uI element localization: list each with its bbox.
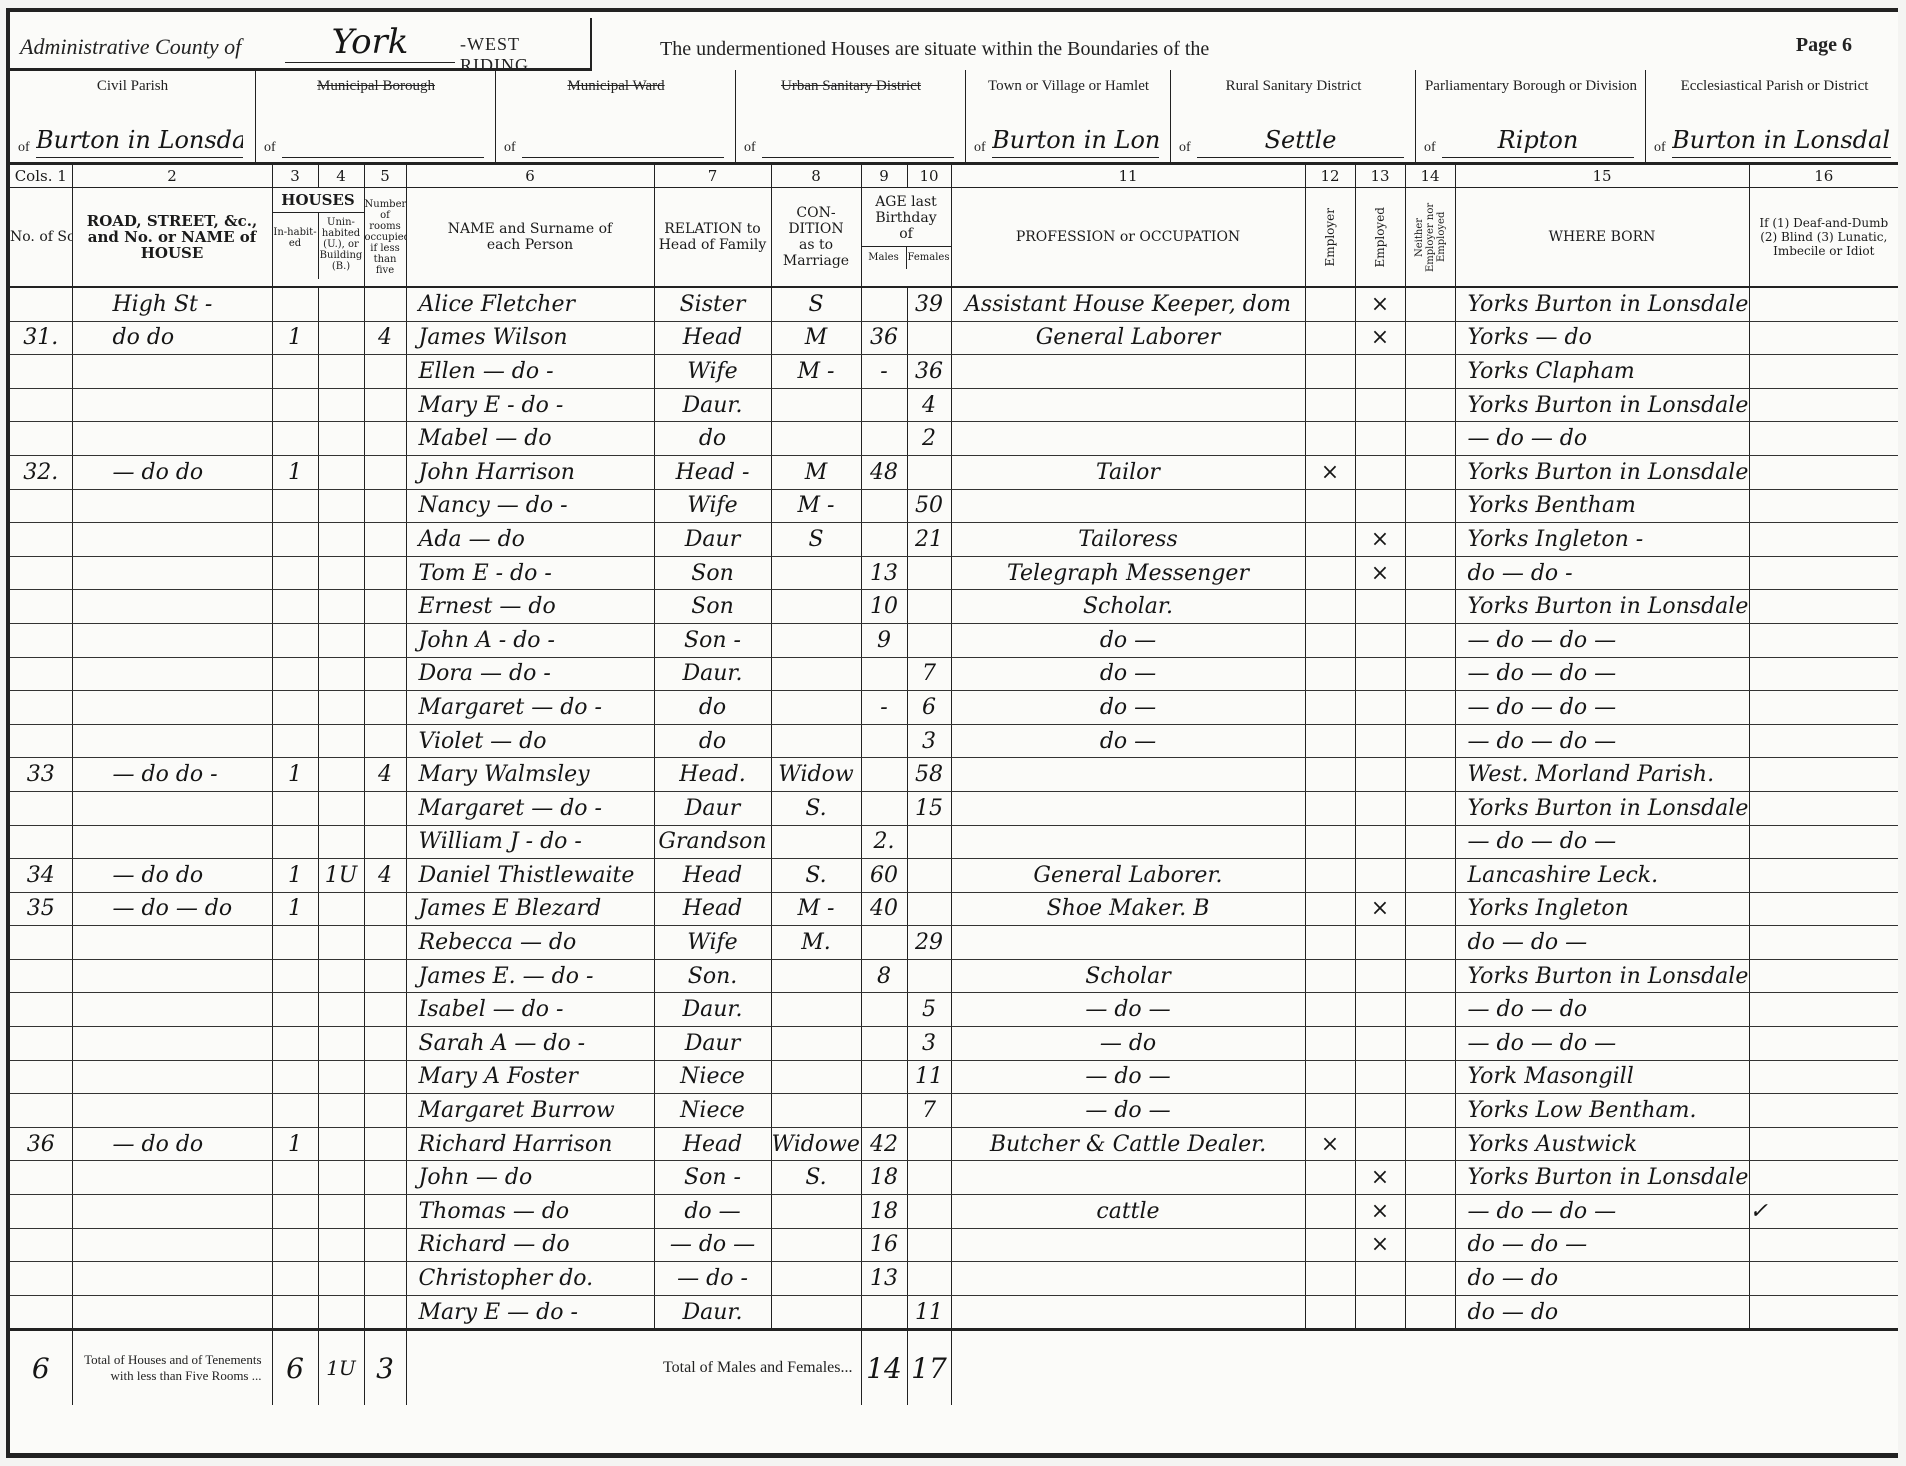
total-schedules: 6 [10,1330,72,1406]
occupation: General Laborer [951,321,1305,355]
column-number: 9 [861,165,907,188]
condition: S [771,523,861,557]
neither-mark [1405,1295,1455,1330]
inhabited [272,657,318,691]
uninhabited [318,455,364,489]
total-mf-label: Total of Males and Females... [406,1330,861,1406]
where-born: Yorks Low Bentham. [1455,1094,1749,1128]
schedule-number [10,287,72,321]
condition: S. [771,1161,861,1195]
where-born: York Masongill [1455,1060,1749,1094]
uninhabited [318,825,364,859]
uninhabited [318,691,364,725]
age-male: 16 [861,1228,907,1262]
rooms [364,489,406,523]
road-name [72,993,272,1027]
infirmity [1749,523,1898,557]
infirmity [1749,422,1898,456]
inhabited [272,926,318,960]
occupation: Telegraph Messenger [951,556,1305,590]
infirmity [1749,892,1898,926]
age-male [861,1060,907,1094]
condition [771,691,861,725]
area-label: Rural Sanitary District [1171,78,1416,95]
infirmity [1749,489,1898,523]
person-name: Margaret — do - [406,791,654,825]
area-label: Municipal Ward [496,78,736,95]
person-name: William J - do - [406,825,654,859]
road-name: — do do [72,455,272,489]
age-female [907,959,951,993]
where-born: — do — do — [1455,825,1749,859]
area-of-label: of [744,140,756,156]
uninhabited [318,1127,364,1161]
age-male: - [861,355,907,389]
employed-mark [1355,623,1405,657]
rooms [364,993,406,1027]
area-of-label: of [974,140,986,156]
uninhabited [318,791,364,825]
area-boundaries: Civil ParishofBurton in LonsdaleMunicipa… [10,70,1898,165]
condition [771,993,861,1027]
relation: Son [654,556,771,590]
person-name: Richard — do [406,1228,654,1262]
employer-mark [1305,1228,1355,1262]
table-row: 34— do do11U4Daniel ThistlewaiteHeadS.60… [10,859,1898,893]
person-name: Sarah A — do - [406,1027,654,1061]
occupation [951,791,1305,825]
employed-mark: × [1355,523,1405,557]
person-name: James E Blezard [406,892,654,926]
title-row: Administrative County of York -WEST RIDI… [10,18,1898,68]
employed-mark [1355,724,1405,758]
uninhabited [318,489,364,523]
rooms [364,1127,406,1161]
table-row: Dora — do -Daur.7do —— do — do — [10,657,1898,691]
employed-mark [1355,455,1405,489]
age-male [861,758,907,792]
area-municipal-borough: Municipal Boroughof [255,70,496,162]
neither-mark [1405,590,1455,624]
age-female: 6 [907,691,951,725]
column-number: 7 [654,165,771,188]
schedule-number [10,926,72,960]
rooms [364,1161,406,1195]
relation: Daur [654,523,771,557]
employer-mark [1305,355,1355,389]
employed-mark: × [1355,892,1405,926]
table-row: Rebecca — doWifeM.29do — do — [10,926,1898,960]
employer-mark [1305,1027,1355,1061]
infirmity [1749,556,1898,590]
admin-county-box: Administrative County of York -WEST RIDI… [10,18,592,71]
uninhabited [318,321,364,355]
age-male [861,287,907,321]
neither-mark [1405,1228,1455,1262]
column-number: 2 [72,165,272,188]
census-rows: High St -Alice FletcherSisterS39Assistan… [10,287,1898,1330]
uninhabited [318,959,364,993]
age-male: 40 [861,892,907,926]
table-row: Margaret — do -do-6do —— do — do — [10,691,1898,725]
where-born: do — do — [1455,1228,1749,1262]
age-female: 50 [907,489,951,523]
area-of-label: of [18,140,30,156]
header-rooms: Number of rooms occupied if less than fi… [364,188,406,288]
schedule-number [10,1295,72,1330]
inhabited: 1 [272,321,318,355]
relation: Niece [654,1094,771,1128]
age-male: 2. [861,825,907,859]
header-inhabited: In-habit-ed [273,213,318,279]
relation: Wife [654,355,771,389]
age-female: 15 [907,791,951,825]
person-name: Mary Walmsley [406,758,654,792]
table-row: Mary A FosterNiece11— do —York Masongill [10,1060,1898,1094]
person-name: John A - do - [406,623,654,657]
column-number: 12 [1305,165,1355,188]
relation: Head. [654,758,771,792]
inhabited [272,287,318,321]
column-number: 3 [272,165,318,188]
employer-mark [1305,523,1355,557]
schedule-number [10,959,72,993]
infirmity [1749,859,1898,893]
area-urban-sanitary-district: Urban Sanitary Districtof [735,70,966,162]
table-row: Sarah A — do -Daur3— do— do — do — [10,1027,1898,1061]
neither-mark [1405,993,1455,1027]
rooms [364,1262,406,1296]
where-born: — do — do — [1455,691,1749,725]
relation: Wife [654,926,771,960]
employed-mark: × [1355,1228,1405,1262]
area-ecclesiastical-parish-or-district: Ecclesiastical Parish or DistrictofBurto… [1645,70,1903,162]
inhabited [272,1262,318,1296]
age-female: 4 [907,388,951,422]
condition: Widow [771,758,861,792]
inhabited [272,1060,318,1094]
uninhabited [318,1195,364,1229]
area-of-label: of [504,140,516,156]
person-name: Nancy — do - [406,489,654,523]
person-name: Mary E — do - [406,1295,654,1330]
total-males: 14 [861,1330,907,1406]
occupation [951,1295,1305,1330]
totals-row: 6 Total of Houses and of Tenements with … [10,1330,1898,1406]
employer-mark [1305,926,1355,960]
neither-mark [1405,657,1455,691]
occupation: General Laborer. [951,859,1305,893]
infirmity [1749,657,1898,691]
schedule-number [10,388,72,422]
neither-mark [1405,1161,1455,1195]
employer-mark [1305,321,1355,355]
employer-mark [1305,590,1355,624]
census-table: Cols. 12345678910111213141516 No. of Sch… [10,165,1898,1405]
age-female [907,1228,951,1262]
relation: Daur. [654,993,771,1027]
inhabited [272,993,318,1027]
total-rooms: 3 [364,1330,406,1406]
relation: Son. [654,959,771,993]
where-born: — do — do — [1455,724,1749,758]
infirmity [1749,1094,1898,1128]
employer-mark [1305,892,1355,926]
inhabited [272,623,318,657]
occupation: Tailor [951,455,1305,489]
inhabited [272,1161,318,1195]
rooms [364,590,406,624]
table-row: Mary E - do -Daur.4Yorks Burton in Lonsd… [10,388,1898,422]
area-label: Parliamentary Borough or Division [1416,78,1646,95]
uninhabited [318,523,364,557]
employer-mark [1305,691,1355,725]
age-female [907,1161,951,1195]
person-name: James E. — do - [406,959,654,993]
person-name: Tom E - do - [406,556,654,590]
schedule-number [10,1027,72,1061]
employer-mark [1305,1094,1355,1128]
occupation [951,388,1305,422]
employed-mark [1355,1094,1405,1128]
employed-mark [1355,1060,1405,1094]
rooms [364,287,406,321]
header-condition: CON-DITION as to Marriage [771,188,861,288]
road-name [72,355,272,389]
relation: do — [654,1195,771,1229]
condition [771,1027,861,1061]
condition [771,388,861,422]
infirmity [1749,321,1898,355]
age-female [907,455,951,489]
occupation [951,758,1305,792]
table-row: 36— do do1Richard HarrisonHeadWidower42B… [10,1127,1898,1161]
column-number: 15 [1455,165,1749,188]
schedule-number: 35 [10,892,72,926]
road-name [72,691,272,725]
road-name [72,1262,272,1296]
road-name [72,1094,272,1128]
area-of-label: of [1179,140,1191,156]
schedule-number [10,623,72,657]
uninhabited [318,1228,364,1262]
rooms [364,657,406,691]
inhabited: 1 [272,1127,318,1161]
age-female [907,859,951,893]
table-row: Nancy — do -WifeM -50Yorks Bentham [10,489,1898,523]
inhabited [272,590,318,624]
inhabited [272,1027,318,1061]
age-male [861,1094,907,1128]
rooms [364,1060,406,1094]
person-name: Margaret Burrow [406,1094,654,1128]
neither-mark [1405,422,1455,456]
rooms [364,892,406,926]
area-value: Settle [1197,123,1404,158]
occupation: Scholar [951,959,1305,993]
rooms [364,388,406,422]
area-of-label: of [1654,140,1666,156]
relation: Sister [654,287,771,321]
area-value: Burton in Lonsdale [36,123,243,158]
where-born: — do — do [1455,993,1749,1027]
inhabited [272,422,318,456]
condition [771,590,861,624]
inhabited [272,691,318,725]
person-name: Mary A Foster [406,1060,654,1094]
employer-mark [1305,825,1355,859]
area-label: Civil Parish [10,78,255,95]
uninhabited [318,926,364,960]
condition: M - [771,489,861,523]
schedule-number [10,422,72,456]
condition: M. [771,926,861,960]
neither-mark [1405,1127,1455,1161]
relation: Son - [654,623,771,657]
area-value: Burton in Lonsdale [1672,123,1891,158]
admin-county-label: Administrative County of [20,34,241,60]
employed-mark [1355,590,1405,624]
age-female [907,892,951,926]
occupation: — do — [951,1060,1305,1094]
neither-mark [1405,892,1455,926]
schedule-number [10,1262,72,1296]
neither-mark [1405,355,1455,389]
age-male: 18 [861,1161,907,1195]
employed-mark [1355,959,1405,993]
total-houses-label: Total of Houses and of Tenements with le… [72,1330,272,1406]
person-name: James Wilson [406,321,654,355]
inhabited: 1 [272,892,318,926]
person-name: Dora — do - [406,657,654,691]
condition: S. [771,859,861,893]
age-male: 36 [861,321,907,355]
where-born: Yorks Burton in Lonsdale [1455,287,1749,321]
table-row: Mabel — dodo2— do — do [10,422,1898,456]
rooms [364,926,406,960]
age-male: 48 [861,455,907,489]
person-name: Christopher do. [406,1262,654,1296]
relation: Son - [654,1161,771,1195]
area-civil-parish: Civil ParishofBurton in Lonsdale [10,70,255,162]
employer-mark [1305,623,1355,657]
where-born: Yorks Burton in Lonsdale [1455,388,1749,422]
occupation: Assistant House Keeper, dom [951,287,1305,321]
employed-mark [1355,825,1405,859]
rooms [364,455,406,489]
person-name: Violet — do [406,724,654,758]
neither-mark [1405,859,1455,893]
occupation: do — [951,623,1305,657]
uninhabited [318,1262,364,1296]
age-female: 7 [907,1094,951,1128]
condition: M [771,321,861,355]
employer-mark [1305,1295,1355,1330]
occupation [951,1228,1305,1262]
age-male [861,489,907,523]
infirmity [1749,455,1898,489]
area-label: Urban Sanitary District [736,78,966,95]
table-row: John — doSon -S.18×Yorks Burton in Lonsd… [10,1161,1898,1195]
rooms [364,959,406,993]
person-name: Mary E - do - [406,388,654,422]
employed-mark [1355,691,1405,725]
area-of-label: of [1424,140,1436,156]
road-name: High St - [72,287,272,321]
inhabited [272,1295,318,1330]
condition [771,1228,861,1262]
employer-mark [1305,758,1355,792]
schedule-number [10,724,72,758]
neither-mark [1405,1094,1455,1128]
where-born: — do — do — [1455,1195,1749,1229]
table-row: Margaret — do -DaurS.15Yorks Burton in L… [10,791,1898,825]
neither-mark [1405,825,1455,859]
area-label: Town or Village or Hamlet [966,78,1171,95]
infirmity [1749,590,1898,624]
header-employer: Employer [1305,188,1355,288]
schedule-number [10,590,72,624]
infirmity [1749,1262,1898,1296]
age-male [861,523,907,557]
relation: Daur [654,791,771,825]
relation: Niece [654,1060,771,1094]
neither-mark [1405,321,1455,355]
schedule-number: 31. [10,321,72,355]
infirmity [1749,287,1898,321]
condition: S. [771,791,861,825]
age-male: 13 [861,556,907,590]
inhabited [272,825,318,859]
infirmity [1749,1027,1898,1061]
where-born: Yorks Burton in Lonsdale [1455,959,1749,993]
admin-county-value: York [285,22,455,63]
employed-mark: × [1355,287,1405,321]
relation: Head [654,859,771,893]
neither-mark [1405,1060,1455,1094]
where-born: — do — do — [1455,657,1749,691]
age-male [861,1027,907,1061]
condition: M - [771,892,861,926]
inhabited [272,1094,318,1128]
where-born: Yorks Burton in Lonsdale - [1455,791,1749,825]
occupation [951,1262,1305,1296]
employer-mark [1305,1161,1355,1195]
area-town-or-village-or-hamlet: Town or Village or HamletofBurton in Lon… [965,70,1171,162]
employed-mark: × [1355,1195,1405,1229]
employed-mark [1355,1127,1405,1161]
boundaries-text: The undermentioned Houses are situate wi… [660,38,1209,61]
inhabited [272,1228,318,1262]
where-born: Yorks Burton in Lonsdale [1455,590,1749,624]
employed-mark [1355,388,1405,422]
condition [771,1094,861,1128]
age-female: 58 [907,758,951,792]
rooms [364,791,406,825]
age-male: - [861,691,907,725]
where-born: Yorks Clapham [1455,355,1749,389]
schedule-number: 36 [10,1127,72,1161]
employed-mark [1355,926,1405,960]
total-uninhabited: 1U [318,1330,364,1406]
schedule-number: 32. [10,455,72,489]
employer-mark [1305,657,1355,691]
where-born: Yorks Burton in Lonsdale [1455,1161,1749,1195]
condition [771,623,861,657]
occupation: do — [951,724,1305,758]
rooms [364,355,406,389]
neither-mark [1405,959,1455,993]
